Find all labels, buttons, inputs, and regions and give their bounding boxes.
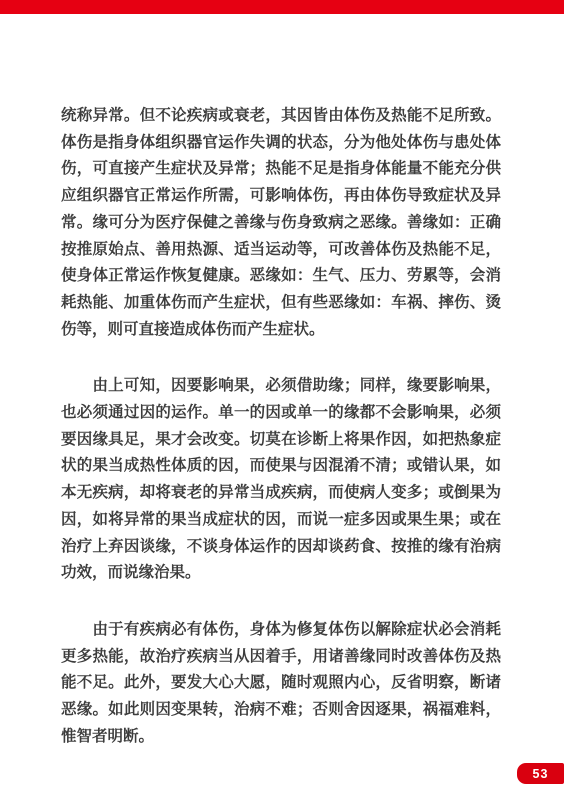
text-line: 耗热能、加重体伤而产生症状，但有些恶缘如：车祸、摔伤、烫 <box>61 290 501 317</box>
text-line: 恶缘。如此则因变果转，治病不难；否则舍因逐果，祸福难料， <box>61 697 501 724</box>
text-line: 更多热能，故治疗疾病当从因着手，用诸善缘同时改善体伤及热 <box>61 644 501 671</box>
text-line: 伤等，则可直接造成体伤而产生症状。 <box>61 317 501 344</box>
paragraph: 由于有疾病必有体伤，身体为修复体伤以解除症状必会消耗更多热能，故治疗疾病当从因着… <box>61 617 501 751</box>
text-line: 体伤是指身体组织器官运作失调的状态，分为他处体伤与患处体 <box>61 130 501 157</box>
text-line: 使身体正常运作恢复健康。恶缘如：生气、压力、劳累等，会消 <box>61 263 501 290</box>
paragraph: 由上可知，因要影响果，必须借助缘；同样，缘要影响果，也必须通过因的运作。单一的因… <box>61 373 501 587</box>
paragraph: 统称异常。但不论疾病或衰老，其因皆由体伤及热能不足所致。体伤是指身体组织器官运作… <box>61 103 501 343</box>
text-line: 本无疾病，却将衰老的异常当成疾病，而使病人变多；或倒果为 <box>61 480 501 507</box>
text-line: 伤，可直接产生症状及异常；热能不足是指身体能量不能充分供 <box>61 156 501 183</box>
top-accent-bar <box>0 0 564 14</box>
body-text: 统称异常。但不论疾病或衰老，其因皆由体伤及热能不足所致。体伤是指身体组织器官运作… <box>61 103 501 750</box>
text-line: 统称异常。但不论疾病或衰老，其因皆由体伤及热能不足所致。 <box>61 103 501 130</box>
text-line: 按推原始点、善用热源、适当运动等，可改善体伤及热能不足， <box>61 237 501 264</box>
text-line: 由于有疾病必有体伤，身体为修复体伤以解除症状必会消耗 <box>61 617 501 644</box>
text-line: 治疗上弃因谈缘，不谈身体运作的因却谈药食、按推的缘有治病 <box>61 534 501 561</box>
text-line: 由上可知，因要影响果，必须借助缘；同样，缘要影响果， <box>61 373 501 400</box>
page-number: 53 <box>533 767 549 781</box>
text-line: 因，如将异常的果当成症状的因，而说一症多因或果生果；或在 <box>61 507 501 534</box>
text-line: 也必须通过因的运作。单一的因或单一的缘都不会影响果，必须 <box>61 400 501 427</box>
text-line: 应组织器官正常运作所需，可影响体伤，再由体伤导致症状及异 <box>61 183 501 210</box>
page-number-badge: 53 <box>517 763 564 784</box>
text-line: 能不足。此外，要发大心大愿，随时观照内心，反省明察，断诸 <box>61 670 501 697</box>
text-line: 惟智者明断。 <box>61 724 501 751</box>
text-line: 常。缘可分为医疗保健之善缘与伤身致病之恶缘。善缘如：正确 <box>61 210 501 237</box>
text-line: 要因缘具足，果才会改变。切莫在诊断上将果作因，如把热象症 <box>61 427 501 454</box>
text-line: 状的果当成热性体质的因，而使果与因混淆不清；或错认果，如 <box>61 453 501 480</box>
text-line: 功效，而说缘治果。 <box>61 560 501 587</box>
